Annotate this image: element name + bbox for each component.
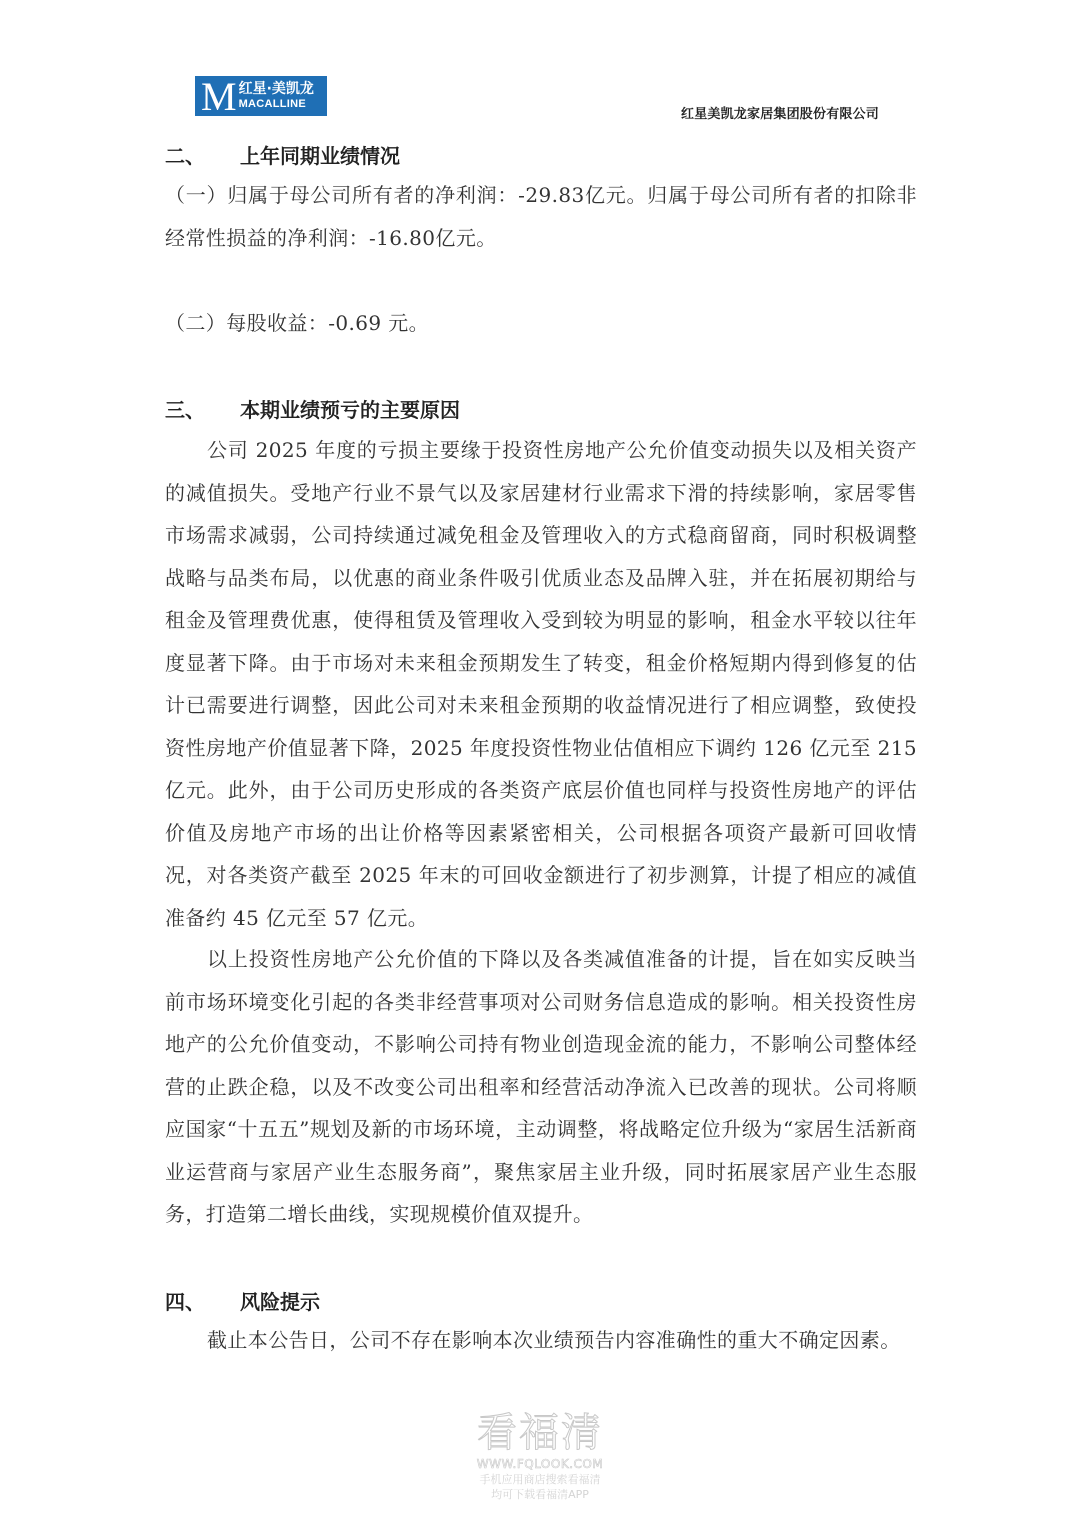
- logo-letter: M: [201, 77, 237, 117]
- watermark-line-1: 手机应用商店搜索看福清: [440, 1472, 640, 1487]
- company-name-header: 红星美凯龙家居集团股份有限公司: [681, 103, 879, 122]
- section-title: 上年同期业绩情况: [240, 140, 400, 169]
- section-heading-loss-reasons: 三、 本期业绩预亏的主要原因: [165, 394, 460, 423]
- watermark: 看福清 WWW.FQLOOK.COM 手机应用商店搜索看福清 均可下载看福清AP…: [440, 1410, 640, 1502]
- logo-chinese-name: 红星·美凯龙: [239, 81, 314, 98]
- watermark-url: WWW.FQLOOK.COM: [440, 1456, 640, 1472]
- paragraph-eps: （二）每股收益：-0.69 元。: [165, 302, 917, 345]
- logo-text-block: 红星·美凯龙 MACALLINE: [239, 81, 314, 111]
- section-number: 二、: [165, 140, 240, 169]
- section-heading-previous-year: 二、 上年同期业绩情况: [165, 140, 400, 169]
- section-number: 四、: [165, 1286, 240, 1315]
- document-page: M 红星·美凯龙 MACALLINE 红星美凯龙家居集团股份有限公司 二、 上年…: [0, 0, 1080, 1527]
- section-heading-risk-notice: 四、 风险提示: [165, 1286, 320, 1315]
- watermark-line-2: 均可下载看福清APP: [440, 1487, 640, 1502]
- paragraph-risk-statement: 截止本公告日，公司不存在影响本次业绩预告内容准确性的重大不确定因素。: [165, 1319, 935, 1362]
- watermark-title: 看福清: [440, 1410, 640, 1456]
- company-logo: M 红星·美凯龙 MACALLINE: [195, 76, 327, 116]
- section-number: 三、: [165, 394, 240, 423]
- paragraph-loss-explanation: 公司 2025 年度的亏损主要缘于投资性房地产公允价值变动损失以及相关资产的减值…: [165, 429, 917, 939]
- paragraph-net-profit: （一）归属于母公司所有者的净利润：-29.83亿元。归属于母公司所有者的扣除非经…: [165, 174, 917, 259]
- section-title: 本期业绩预亏的主要原因: [240, 394, 460, 423]
- section-title: 风险提示: [240, 1286, 320, 1315]
- paragraph-impact-and-strategy: 以上投资性房地产公允价值的下降以及各类减值准备的计提，旨在如实反映当前市场环境变…: [165, 938, 917, 1236]
- logo-english-name: MACALLINE: [239, 98, 314, 111]
